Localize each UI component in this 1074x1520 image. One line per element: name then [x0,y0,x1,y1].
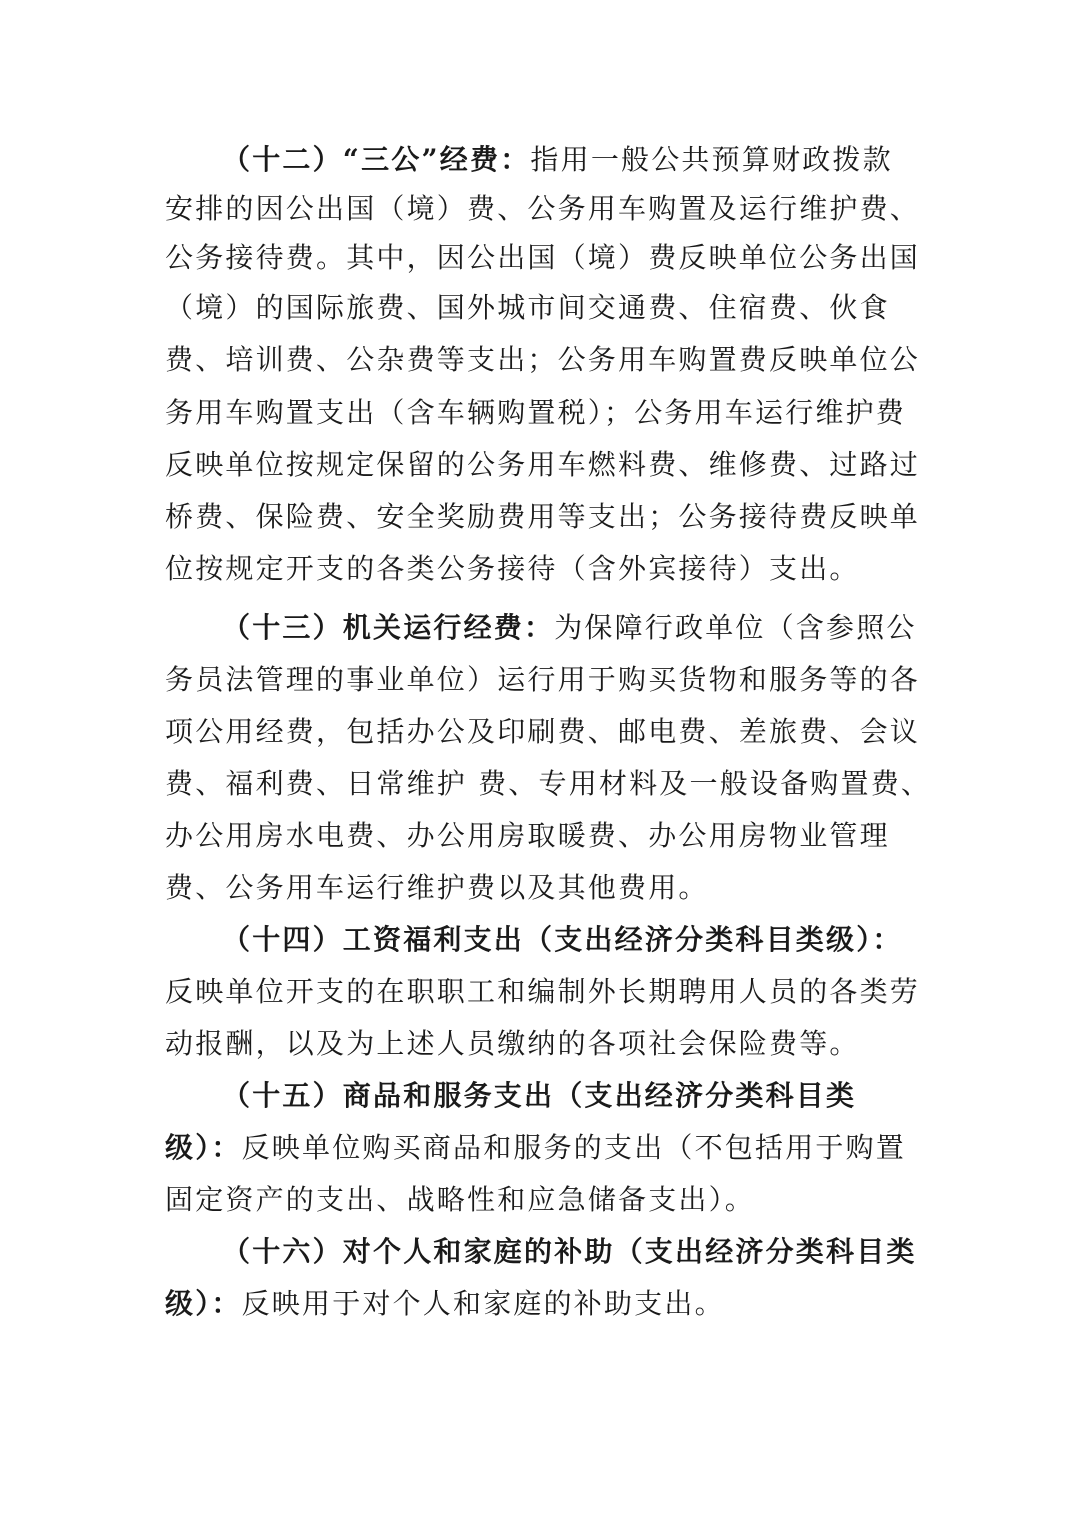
section-12-line-2: 安排的因公出国（境）费、公务用车购置及运行维护费、 [165,189,890,229]
section-13-text: 为保障行政单位（含参照公 [554,611,916,644]
section-12-line-9: 位按规定开支的各类公务接待（含外宾接待）支出。 [165,549,890,589]
section-13-heading-line: （十三）机关运行经费：为保障行政单位（含参照公 [222,608,947,648]
section-12-heading-line: （十二）“三公”经费：指用一般公共预算财政拨款 [222,140,947,180]
section-13-line-6: 费、公务用车运行维护费以及其他费用。 [165,868,890,908]
section-15-heading-line: （十五）商品和服务支出（支出经济分类科目类 [222,1076,947,1116]
section-13-line-3: 项公用经费，包括办公及印刷费、邮电费、差旅费、会议 [165,712,890,752]
section-12-line-5: 费、培训费、公杂费等支出；公务用车购置费反映单位公 [165,340,890,380]
section-15-title-end: 级）： [165,1131,242,1164]
section-16-title: （十六）对个人和家庭的补助（支出经济分类科目类 [222,1235,917,1268]
section-14-line-2: 反映单位开支的在职职工和编制外长期聘用人员的各类劳 [165,972,890,1012]
section-12-line-6: 务用车购置支出（含车辆购置税）；公务用车运行维护费 [165,393,890,433]
section-16-title-end: 级）： [165,1287,242,1320]
section-12-text: 指用一般公共预算财政拨款 [530,143,892,176]
section-13-line-2: 务员法管理的事业单位）运行用于购买货物和服务等的各 [165,660,890,700]
section-12-line-7: 反映单位按规定保留的公务用车燃料费、维修费、过路过 [165,445,890,485]
section-14-heading-line: （十四）工资福利支出（支出经济分类科目类级）： [222,920,947,960]
section-16-line-2: 级）：反映用于对个人和家庭的补助支出。 [165,1284,890,1324]
section-15-line-2: 级）：反映单位购买商品和服务的支出（不包括用于购置 [165,1128,890,1168]
section-13-title: （十三）机关运行经费： [222,611,554,644]
section-14-title: （十四）工资福利支出（支出经济分类科目类级）： [222,923,903,956]
section-12-line-8: 桥费、保险费、安全奖励费用等支出；公务接待费反映单 [165,497,890,537]
section-15-line-3: 固定资产的支出、战略性和应急储备支出）。 [165,1180,890,1220]
section-16-text: 反映用于对个人和家庭的补助支出。 [242,1287,725,1320]
section-12-line-4: （境）的国际旅费、国外城市间交通费、住宿费、伙食 [165,288,890,328]
section-13-line-5: 办公用房水电费、办公用房取暖费、办公用房物业管理 [165,816,890,856]
section-13-line-4: 费、福利费、日常维护 费、专用材料及一般设备购置费、 [165,764,890,804]
section-12-line-3: 公务接待费。其中，因公出国（境）费反映单位公务出国 [165,238,890,278]
section-16-heading-line: （十六）对个人和家庭的补助（支出经济分类科目类 [222,1232,947,1272]
section-12-title: （十二）“三公”经费： [222,143,530,176]
section-15-text: 反映单位购买商品和服务的支出（不包括用于购置 [242,1131,906,1164]
document-page: （十二）“三公”经费：指用一般公共预算财政拨款 安排的因公出国（境）费、公务用车… [0,0,1074,1520]
section-14-line-3: 动报酬，以及为上述人员缴纳的各项社会保险费等。 [165,1024,890,1064]
section-15-title: （十五）商品和服务支出（支出经济分类科目类 [222,1079,856,1112]
